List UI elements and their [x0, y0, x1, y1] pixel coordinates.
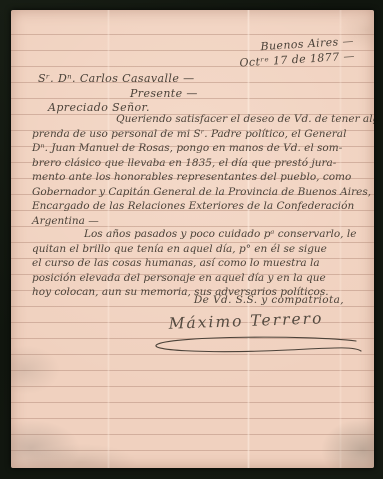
letter-photo: Buenos Aires — Octʳᵉ 17 de 1877 — Sʳ. Dⁿ…: [0, 0, 383, 479]
body-line: Argentina —: [32, 214, 372, 229]
date-block: Buenos Aires — Octʳᵉ 17 de 1877 —: [238, 34, 355, 71]
recipient-line: Sʳ. Dⁿ. Carlos Casavalle —: [38, 72, 195, 85]
signature-flourish: [148, 335, 363, 361]
body-line: posición elevada del personaje en aquel …: [32, 271, 372, 286]
signature: Máximo Terrero: [161, 309, 332, 333]
body-line: Gobernador y Capitán General de la Provi…: [32, 185, 372, 200]
closing-line: De Vd. S.S. y compatriota,: [194, 294, 344, 306]
body-line: mento ante los honorables representantes…: [32, 170, 372, 185]
recipient-location: Presente —: [130, 87, 198, 100]
body-line: Encargado de las Relaciones Exteriores d…: [32, 199, 372, 214]
letter-paper: Buenos Aires — Octʳᵉ 17 de 1877 — Sʳ. Dⁿ…: [11, 10, 374, 468]
body-line: prenda de uso personal de mi Sʳ. Padre p…: [32, 127, 372, 142]
body-line: quitan el brillo que tenía en aquel día,…: [32, 242, 372, 257]
body-line: Queriendo satisfacer el deseo de Vd. de …: [32, 112, 372, 127]
paragraph-2: Los años pasados y poco cuidado pᵃ conse…: [32, 227, 372, 300]
paragraph-1: Queriendo satisfacer el deseo de Vd. de …: [32, 112, 372, 228]
body-line: brero clásico que llevaba en 1835, el dí…: [32, 156, 372, 171]
body-line: el curso de las cosas humanas, así como …: [32, 256, 372, 271]
body-line: Los años pasados y poco cuidado pᵃ conse…: [32, 227, 372, 242]
body-line: Dⁿ. Juan Manuel de Rosas, pongo en manos…: [32, 141, 372, 156]
